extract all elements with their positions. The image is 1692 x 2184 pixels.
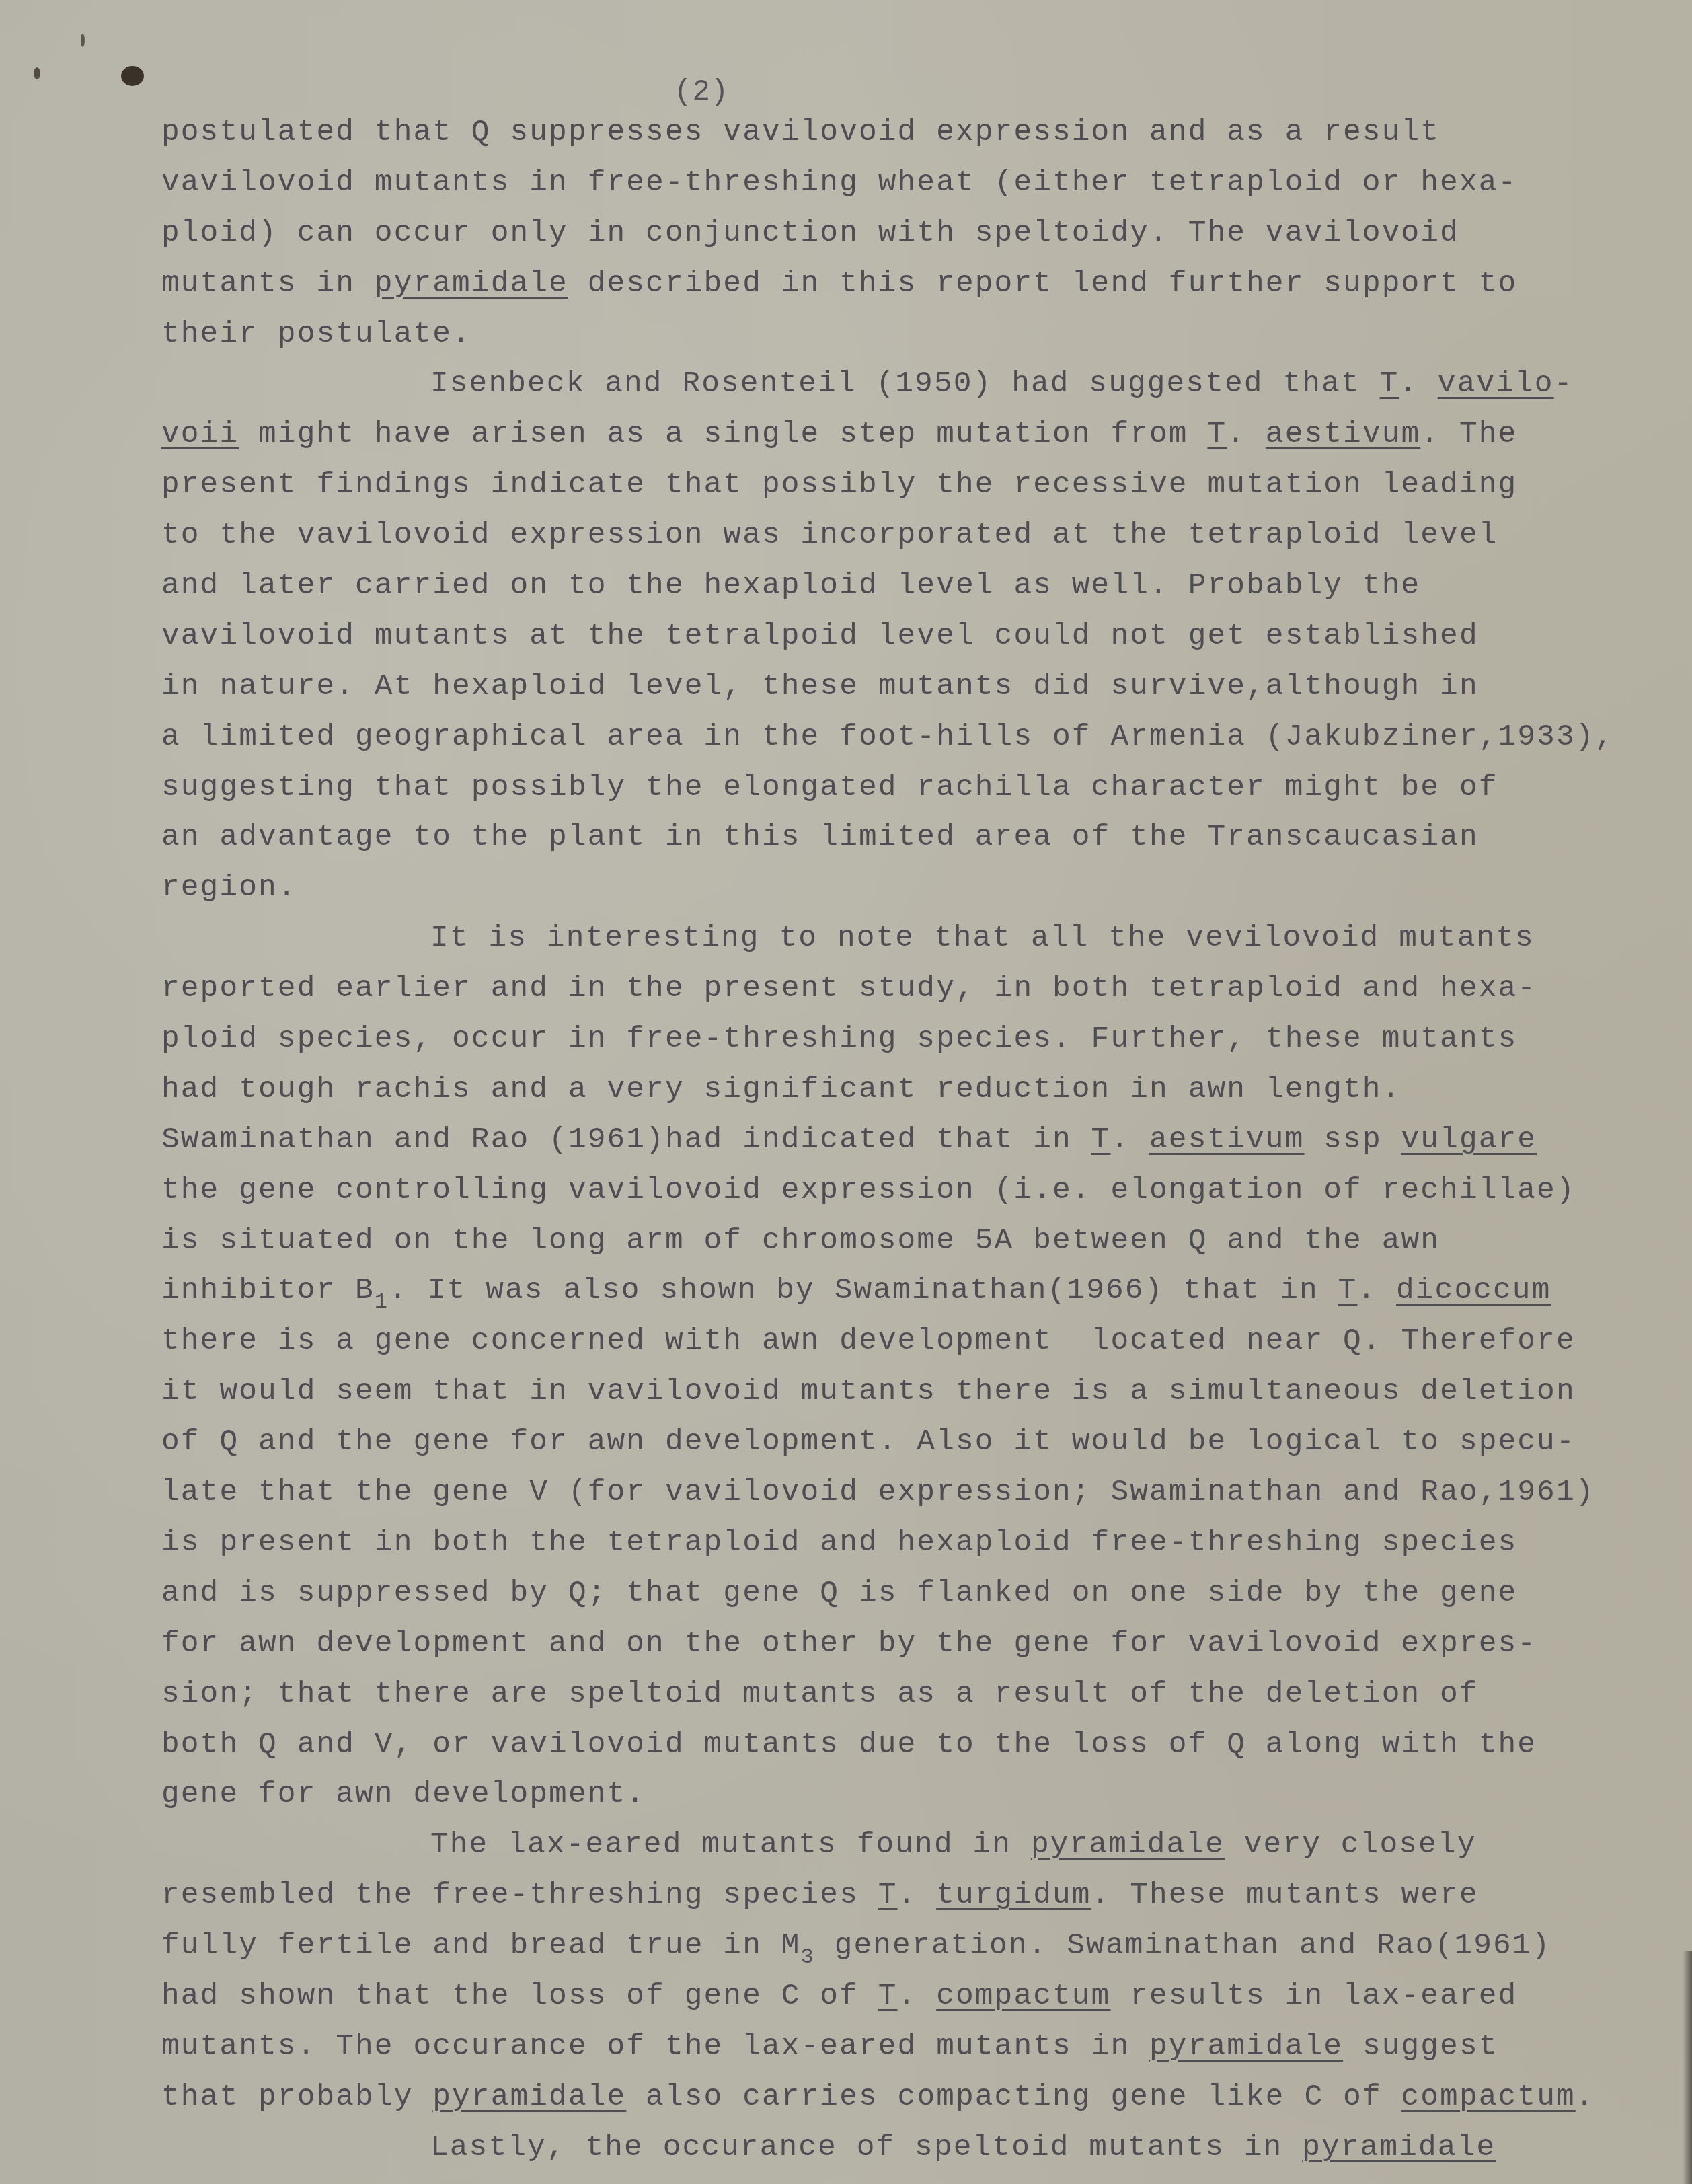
text-segment: . The (1420, 418, 1517, 451)
text-segment: also carries compacting gene like C of (626, 2080, 1401, 2114)
text-line: is situated on the long arm of chromosom… (161, 1216, 1681, 1267)
text-line: had tough rachis and a very significant … (161, 1065, 1681, 1115)
ink-stain-mark (81, 34, 85, 47)
text-segment: a limited geographical area in the foot-… (161, 720, 1614, 754)
text-segment: . (898, 1879, 937, 1912)
text-segment: . (898, 1980, 937, 2013)
underlined-taxon: T (1091, 1123, 1111, 1157)
text-segment: vavilovoid mutants at the tetralpoid lev… (161, 619, 1479, 653)
text-segment: for awn development and on the other by … (161, 1627, 1537, 1661)
text-line: mutants. The occurance of the lax-eared … (161, 2022, 1681, 2072)
text-segment: to the vavilovoid expression was incorpo… (161, 519, 1498, 552)
text-segment: and is suppressed by Q; that gene Q is f… (161, 1577, 1517, 1610)
text-segment: . (1227, 418, 1266, 451)
text-segment: inhibitor B (161, 1274, 375, 1308)
text-line: gene for awn development. (161, 1770, 1681, 1820)
text-line: suggesting that possibly the elongated r… (161, 763, 1681, 813)
text-segment: both Q and V, or vavilovoid mutants due … (161, 1728, 1537, 1762)
underlined-taxon: pyramidale (432, 2080, 626, 2114)
underlined-taxon: T (878, 1879, 898, 1912)
text-segment: is situated on the long arm of chromosom… (161, 1224, 1440, 1258)
text-segment: Swaminathan and Rao (1961)had indicated … (161, 1123, 1091, 1157)
text-line: to the vavilovoid expression was incorpo… (161, 511, 1681, 561)
underlined-taxon: dicoccum (1396, 1274, 1551, 1308)
text-line: voii might have arisen as a single step … (161, 410, 1681, 460)
text-segment: an advantage to the plant in this limite… (161, 821, 1479, 854)
text-segment: sion; that there are speltoid mutants as… (161, 1678, 1479, 1711)
text-line: inhibitor B1. It was also shown by Swami… (161, 1266, 1681, 1316)
ink-stain-mark (121, 66, 144, 86)
text-line: ploid) can occur only in conjunction wit… (161, 209, 1681, 259)
text-segment: resembled the free-threshing species (161, 1879, 878, 1912)
text-line: fully fertile and bread true in M3 gener… (161, 1921, 1681, 1971)
underlined-taxon: aestivum (1149, 1123, 1304, 1157)
text-segment: . It was also shown by Swaminathan(1966)… (389, 1274, 1338, 1308)
text-segment: the gene controlling vavilovoid expressi… (161, 1174, 1576, 1207)
text-segment: ploid) can occur only in conjunction wit… (161, 217, 1459, 250)
page-edge-shadow (1683, 1951, 1692, 2184)
text-line: for awn development and on the other by … (161, 1619, 1681, 1669)
text-segment: results in lax-eared (1110, 1980, 1517, 2013)
document-page: (2) postulated that Q suppresses vavilov… (0, 0, 1692, 2184)
text-segment: of Q and the gene for awn development. A… (161, 1425, 1576, 1459)
text-line: sion; that there are speltoid mutants as… (161, 1669, 1681, 1720)
text-segment: there is a gene concerned with awn devel… (161, 1324, 1576, 1358)
text-segment: might have arisen as a single step mutat… (239, 418, 1207, 451)
underlined-taxon: pyramidale (1031, 1828, 1225, 1862)
text-line: and is suppressed by Q; that gene Q is f… (161, 1569, 1681, 1619)
text-line: reported earlier and in the present stud… (161, 964, 1681, 1014)
text-line: Isenbeck and Rosenteil (1950) had sugges… (161, 359, 1681, 410)
text-segment: . (1357, 1274, 1396, 1308)
text-segment: present findings indicate that possibly … (161, 468, 1517, 502)
underlined-taxon: aestivum (1266, 418, 1420, 451)
text-segment: It is interesting to note that all the v… (430, 921, 1535, 955)
text-segment: Isenbeck and Rosenteil (1950) had sugges… (430, 367, 1379, 401)
underlined-taxon: vulgare (1401, 1123, 1537, 1157)
text-segment: late that the gene V (for vavilovoid exp… (161, 1476, 1595, 1509)
underlined-taxon: T (1338, 1274, 1358, 1308)
text-segment: region. (161, 871, 297, 905)
underlined-taxon: voii (161, 418, 239, 451)
underlined-taxon: turgidum (936, 1879, 1091, 1912)
text-segment: ploid species, occur in free-threshing s… (161, 1022, 1517, 1056)
text-line: in nature. At hexaploid level, these mut… (161, 662, 1681, 712)
text-segment: fully fertile and bread true in M (161, 1929, 801, 1963)
text-line: vavilovoid mutants in free-threshing whe… (161, 158, 1681, 209)
subscript: 1 (375, 1289, 389, 1314)
text-line: mutants in pyramidale described in this … (161, 259, 1681, 309)
text-line: and later carried on to the hexaploid le… (161, 561, 1681, 611)
text-line: present findings indicate that possibly … (161, 460, 1681, 511)
text-segment: vavilovoid mutants in free-threshing whe… (161, 166, 1517, 200)
text-line: an advantage to the plant in this limite… (161, 813, 1681, 863)
text-line: had shown that the loss of gene C of T. … (161, 1971, 1681, 2022)
text-segment: gene for awn development. (161, 1778, 646, 1811)
text-segment: their postulate. (161, 317, 471, 351)
text-line: vavilovoid mutants at the tetralpoid lev… (161, 611, 1681, 662)
text-segment: . (1399, 367, 1438, 401)
text-segment: is present in both the tetraploid and he… (161, 1526, 1517, 1560)
text-line: is present in both the tetraploid and he… (161, 1518, 1681, 1569)
text-segment: Lastly, the occurance of speltoid mutant… (430, 2131, 1302, 2164)
ink-stain-mark (34, 67, 40, 79)
text-segment: that probably (161, 2080, 432, 2114)
text-line: of Q and the gene for awn development. A… (161, 1417, 1681, 1468)
text-line: that probably pyramidale also carries co… (161, 2072, 1681, 2123)
text-segment: very closely (1225, 1828, 1476, 1862)
text-segment: suggest (1343, 2030, 1498, 2064)
text-line: Swaminathan and Rao (1961)had indicated … (161, 1115, 1681, 1166)
underlined-taxon: pyramidale (1149, 2030, 1343, 2064)
text-segment: postulated that Q suppresses vavilovoid … (161, 116, 1440, 149)
underlined-taxon: compactum (936, 1980, 1110, 2013)
text-segment: it would seem that in vavilovoid mutants… (161, 1375, 1576, 1408)
body-text: postulated that Q suppresses vavilovoid … (161, 108, 1681, 2173)
text-segment: in nature. At hexaploid level, these mut… (161, 670, 1479, 704)
text-segment: generation. Swaminathan and Rao(1961) (815, 1929, 1551, 1963)
underlined-taxon: pyramidale (1302, 2131, 1496, 2164)
page-number: (2) (674, 75, 729, 109)
underlined-taxon: pyramidale (375, 267, 568, 301)
text-segment: mutants. The occurance of the lax-eared … (161, 2030, 1149, 2064)
text-segment: . These mutants were (1091, 1879, 1479, 1912)
text-segment: reported earlier and in the present stud… (161, 972, 1537, 1006)
text-line: postulated that Q suppresses vavilovoid … (161, 108, 1681, 158)
text-segment: . (1576, 2080, 1595, 2114)
text-segment: had shown that the loss of gene C of (161, 1980, 878, 2013)
text-line: it would seem that in vavilovoid mutants… (161, 1367, 1681, 1417)
text-line: region. (161, 863, 1681, 913)
text-line: resembled the free-threshing species T. … (161, 1871, 1681, 1921)
text-segment: - (1554, 367, 1574, 401)
text-line: Lastly, the occurance of speltoid mutant… (161, 2123, 1681, 2173)
text-segment: The lax-eared mutants found in (430, 1828, 1031, 1862)
text-segment: described in this report lend further su… (568, 267, 1517, 301)
underlined-taxon: compactum (1401, 2080, 1576, 2114)
text-line: a limited geographical area in the foot-… (161, 712, 1681, 763)
underlined-taxon: T (1379, 367, 1399, 401)
text-segment: mutants in (161, 267, 375, 301)
text-line: It is interesting to note that all the v… (161, 913, 1681, 964)
text-line: The lax-eared mutants found in pyramidal… (161, 1820, 1681, 1871)
text-line: there is a gene concerned with awn devel… (161, 1316, 1681, 1367)
underlined-taxon: T (878, 1980, 898, 2013)
text-segment: and later carried on to the hexaploid le… (161, 569, 1420, 603)
text-segment: suggesting that possibly the elongated r… (161, 771, 1498, 804)
subscript: 3 (801, 1945, 815, 1969)
text-line: late that the gene V (for vavilovoid exp… (161, 1468, 1681, 1518)
text-segment: ssp (1304, 1123, 1401, 1157)
text-line: ploid species, occur in free-threshing s… (161, 1014, 1681, 1065)
text-line: both Q and V, or vavilovoid mutants due … (161, 1720, 1681, 1770)
underlined-taxon: vavilo (1438, 367, 1554, 401)
underlined-taxon: T (1207, 418, 1227, 451)
text-segment: . (1110, 1123, 1149, 1157)
text-line: the gene controlling vavilovoid expressi… (161, 1166, 1681, 1216)
text-segment: had tough rachis and a very significant … (161, 1073, 1401, 1106)
text-line: their postulate. (161, 309, 1681, 360)
